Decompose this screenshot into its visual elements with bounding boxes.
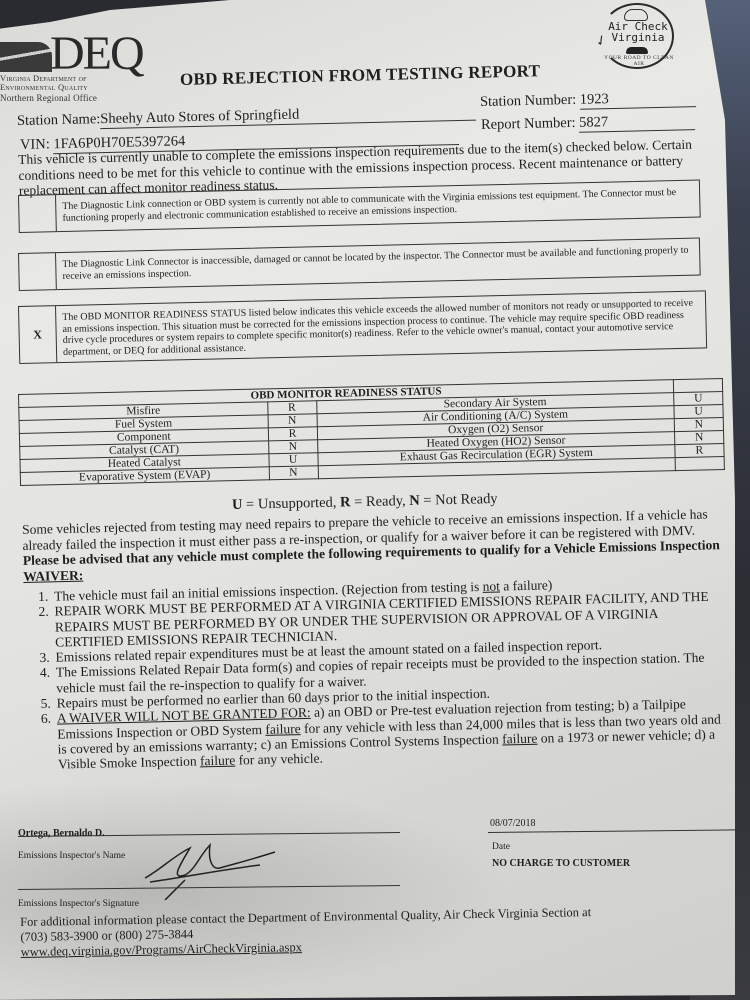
- legend-r-text: = Ready,: [350, 493, 409, 510]
- deq-logo: DEQ Virginia Department of Environmental…: [0, 34, 140, 104]
- list-number: 1.: [38, 589, 54, 605]
- list-number: 2.: [38, 604, 55, 650]
- signature-label: Emissions Inspector's Signature: [18, 899, 139, 909]
- list-underlined: failure: [200, 753, 236, 769]
- car-icon: [626, 47, 648, 54]
- air-check-text: Air Check Virginia: [606, 21, 670, 43]
- legend-u-text: = Unsupported,: [242, 495, 340, 513]
- deq-logo-text: DEQ: [50, 30, 143, 78]
- air-check-line2: Virginia: [606, 32, 670, 43]
- waiver-requirements-list: 1.The vehicle must fail an initial emiss…: [38, 573, 732, 772]
- date-label: Date: [492, 842, 510, 852]
- status-code-cell: U: [268, 453, 317, 467]
- legend-n-key: N: [409, 493, 420, 509]
- status-code-cell: N: [675, 431, 724, 445]
- status-code-cell: [675, 456, 724, 470]
- status-code-cell: R: [675, 443, 724, 457]
- report-number-value: 5827: [579, 112, 695, 133]
- office-name: Northern Regional Office: [0, 94, 97, 103]
- deq-swoosh-icon: [0, 42, 52, 72]
- list-text: a failure): [500, 577, 553, 593]
- legend-n-text: = Not Ready: [420, 491, 498, 509]
- agency-line2: Environmental Quality: [0, 83, 88, 92]
- readiness-status-table: OBD MONITOR READINESS STATUSMisfireRSeco…: [18, 378, 725, 486]
- status-code-cell: R: [268, 427, 317, 441]
- station-number-value: 1923: [580, 89, 696, 110]
- charge-note: NO CHARGE TO CUSTOMER: [492, 858, 630, 869]
- check-mark: [19, 195, 57, 232]
- list-number: 3.: [39, 650, 55, 666]
- station-number-label: Station Number:: [480, 92, 577, 110]
- air-check-logo: ✓ Air Check Virginia YOUR ROAD TO CLEAN …: [596, 3, 680, 69]
- list-underlined: failure: [265, 721, 301, 737]
- inspector-name-label: Emissions Inspector's Name: [18, 851, 125, 861]
- status-code-cell: N: [269, 466, 318, 480]
- report-number-label: Report Number:: [481, 115, 576, 133]
- station-name-label: Station Name:: [17, 111, 101, 129]
- check-mark: X: [19, 306, 57, 363]
- status-code-cell: U: [674, 392, 723, 406]
- status-code-cell: N: [674, 418, 723, 432]
- table-cell: [673, 379, 722, 393]
- list-text: for any vehicle.: [235, 751, 323, 768]
- list-underlined: failure: [502, 731, 538, 747]
- status-code-cell: N: [268, 414, 317, 428]
- status-code-cell: U: [674, 405, 723, 419]
- status-code-cell: N: [268, 440, 317, 454]
- air-check-tagline: YOUR ROAD TO CLEAN AIR: [604, 55, 674, 67]
- legend-r-key: R: [340, 494, 351, 510]
- status-code-cell: R: [267, 401, 316, 415]
- waiver-heading: WAIVER:: [23, 567, 83, 583]
- list-number: 5.: [40, 696, 56, 712]
- signature-mark: [140, 840, 285, 900]
- date-value: 08/07/2018: [490, 818, 536, 829]
- list-number: 4.: [40, 665, 57, 696]
- inspector-name: Ortega, Bernaldo D.: [18, 828, 105, 839]
- list-underlined: not: [482, 579, 500, 594]
- list-number: 6.: [41, 711, 58, 773]
- check-mark: [19, 253, 57, 290]
